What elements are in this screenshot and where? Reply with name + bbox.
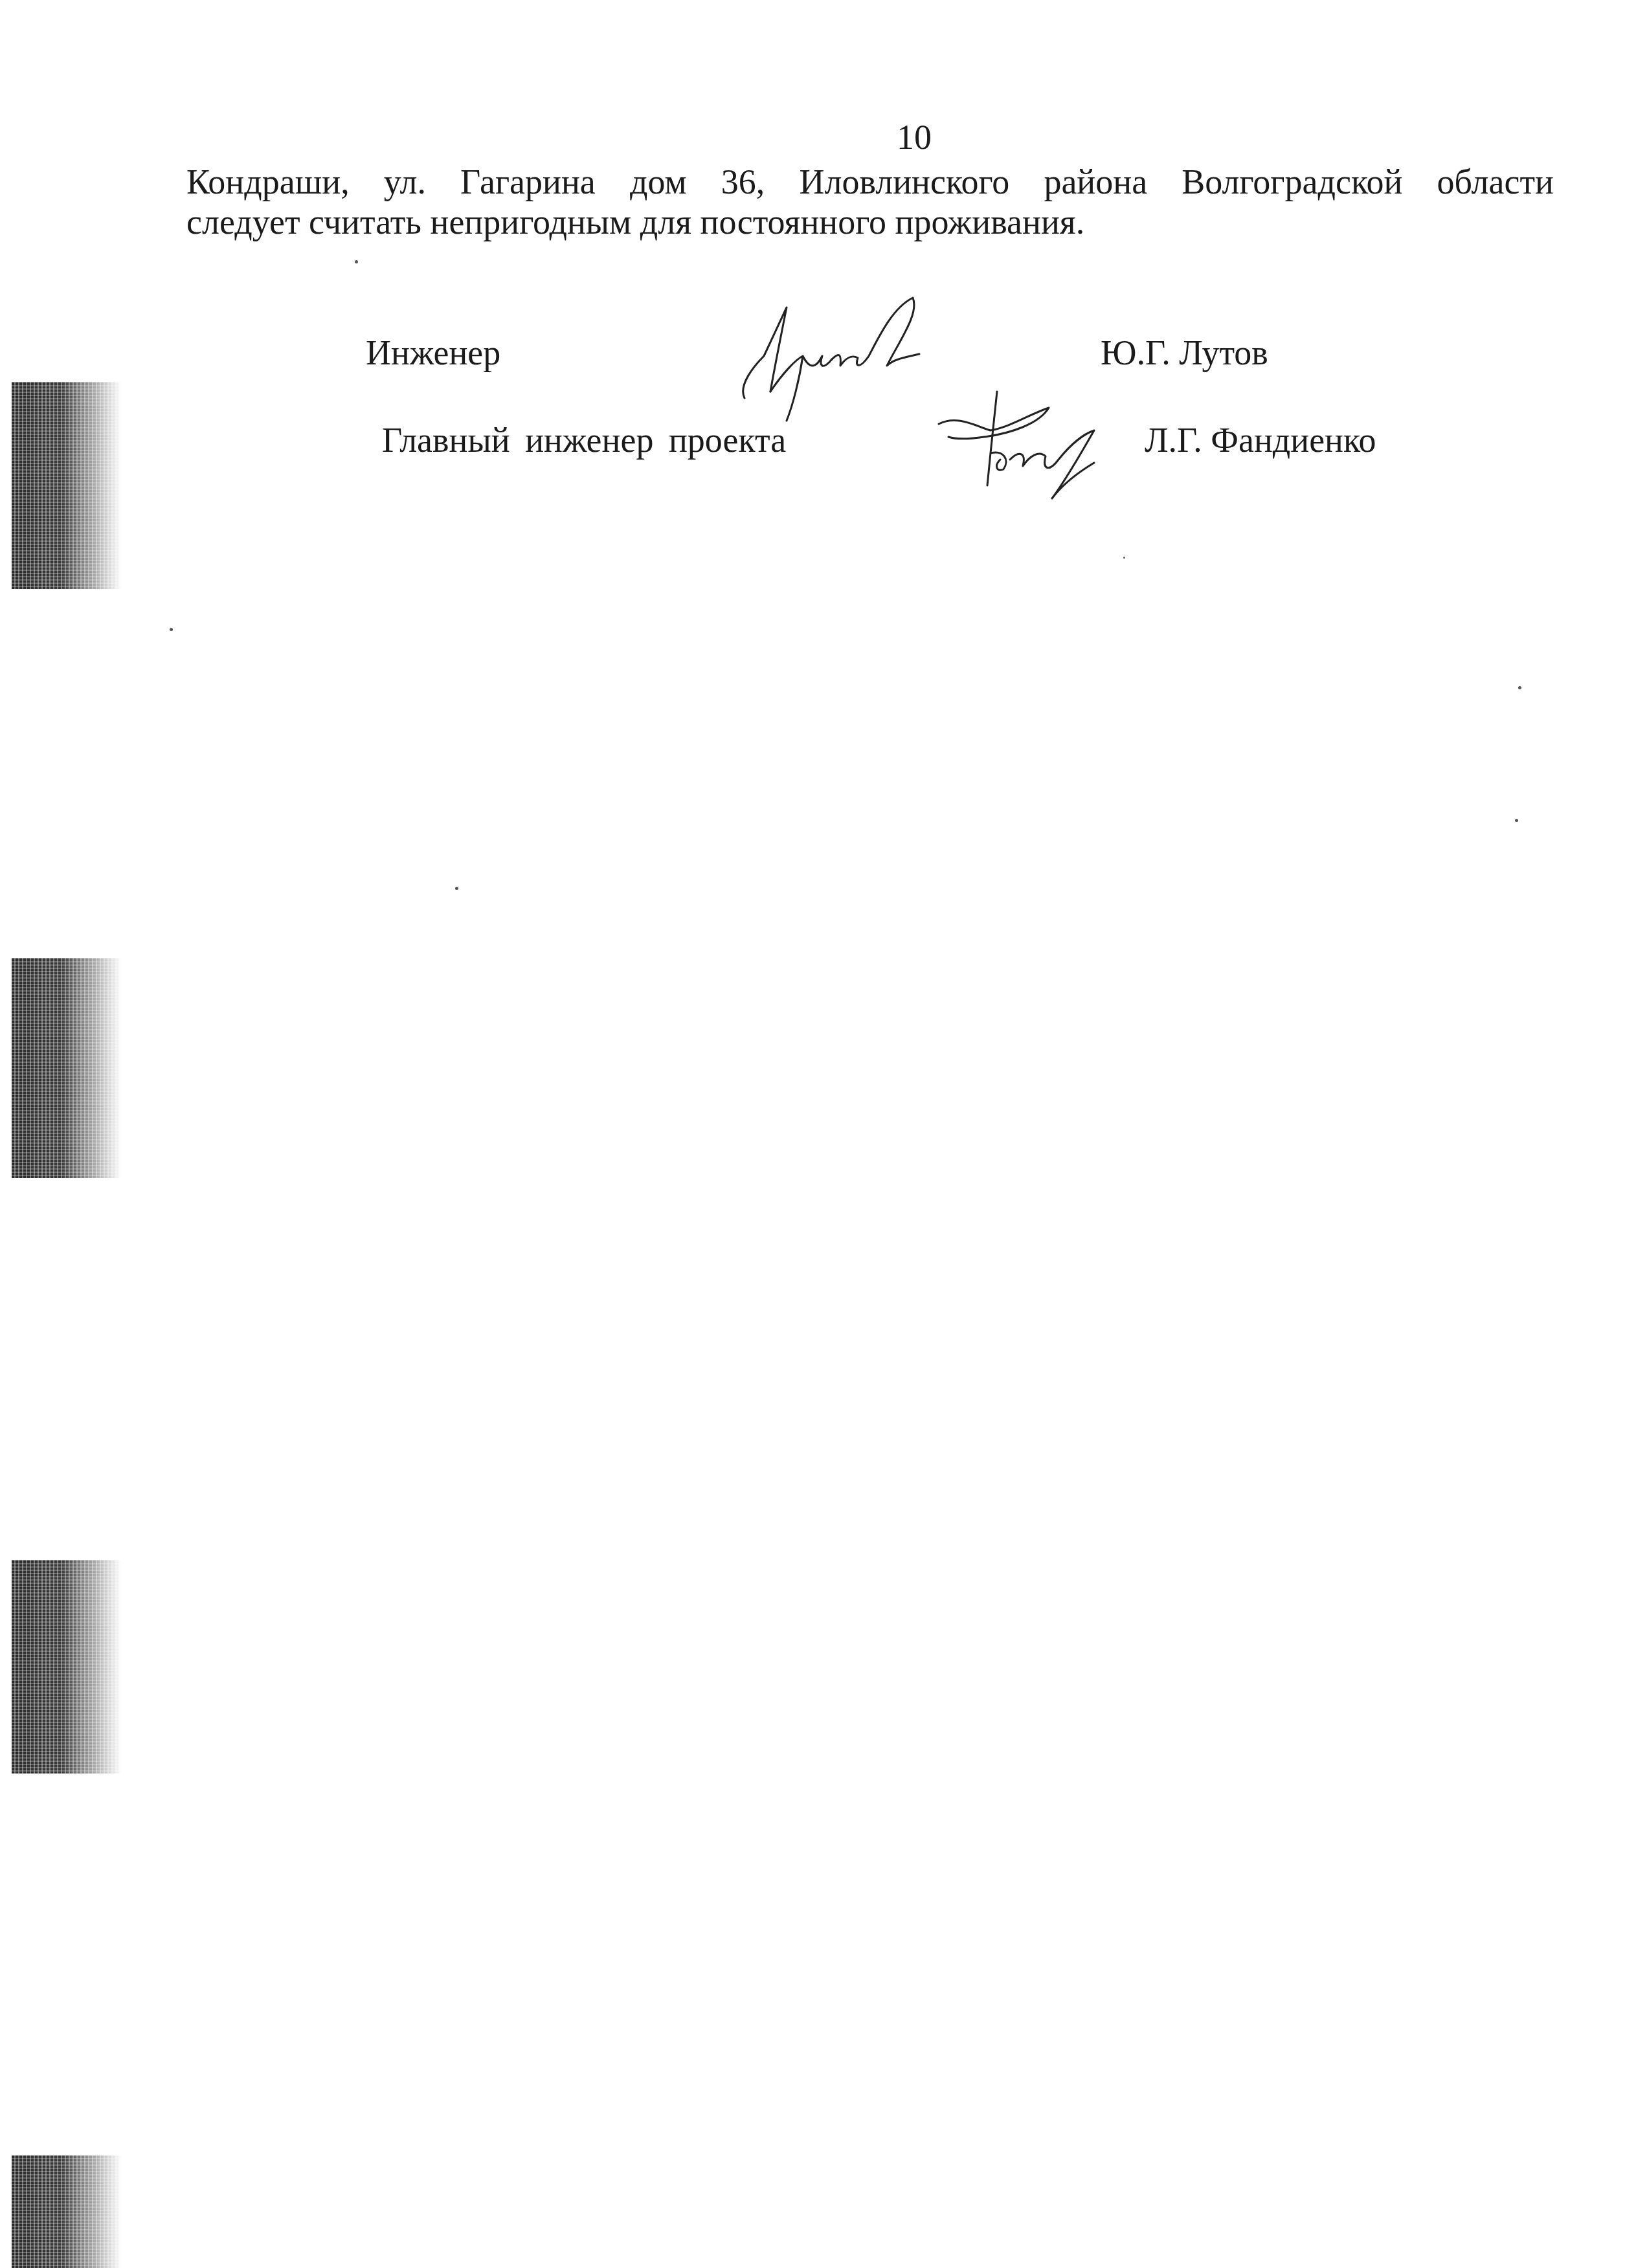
signatory-name-chief-engineer: Л.Г. Фандиенко [1145, 421, 1376, 460]
scan-speck [455, 887, 458, 890]
scan-speck [170, 628, 173, 631]
scan-artifact [12, 958, 122, 1178]
signature-chief-engineer [932, 388, 1146, 505]
scan-speck [1515, 819, 1518, 822]
page-number: 10 [897, 118, 932, 157]
body-line: Кондраши, ул. Гагарина дом 36, Иловлинск… [186, 162, 1554, 202]
signatory-role-engineer: Инженер [366, 333, 500, 372]
scan-artifact [12, 382, 122, 589]
scan-speck [1518, 686, 1521, 689]
scan-speck [355, 260, 358, 263]
scan-speck [1123, 557, 1125, 559]
signatory-role-chief-engineer: Главный инженер проекта [382, 421, 786, 460]
document-page: 10 Кондраши, ул. Гагарина дом 36, Иловли… [0, 0, 1647, 2268]
body-paragraph: Кондраши, ул. Гагарина дом 36, Иловлинск… [186, 162, 1554, 242]
signatory-name-engineer: Ю.Г. Лутов [1101, 333, 1268, 372]
scan-artifact [12, 1560, 122, 1773]
scan-artifact [12, 2155, 122, 2268]
body-line: следует считать непригодным для постоянн… [186, 202, 1554, 242]
